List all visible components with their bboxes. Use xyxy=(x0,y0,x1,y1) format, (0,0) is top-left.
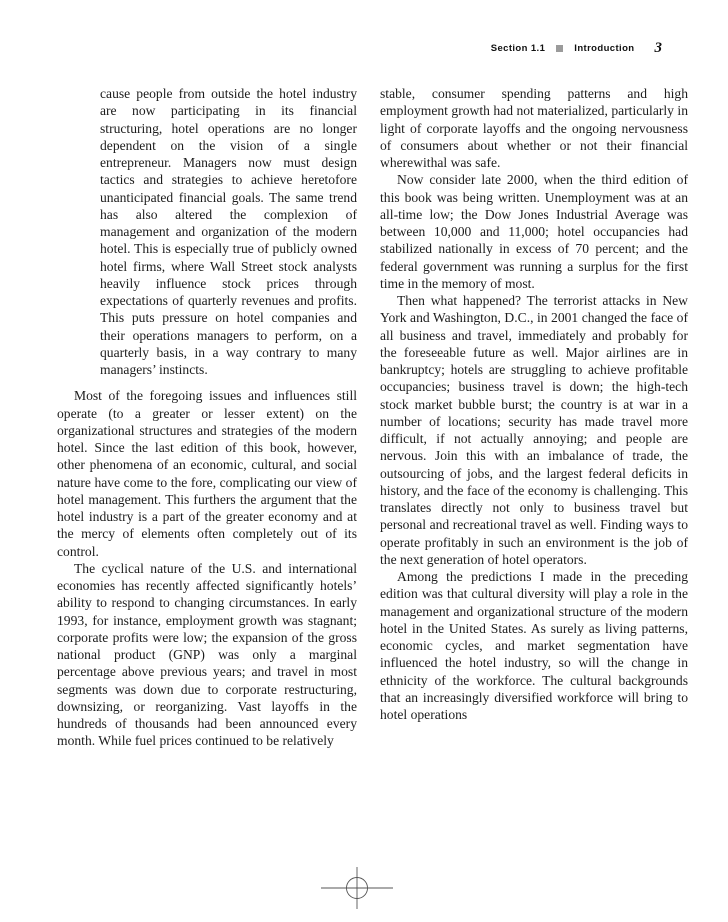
running-head: Section 1.1 Introduction 3 xyxy=(491,40,662,57)
paragraph-continuation: stable, consumer spending patterns and h… xyxy=(380,85,688,171)
paragraph: Most of the foregoing issues and influen… xyxy=(57,387,357,560)
left-column: cause people from outside the hotel indu… xyxy=(57,85,357,750)
chapter-title: Introduction xyxy=(574,43,634,54)
book-page: Section 1.1 Introduction 3 cause people … xyxy=(0,0,728,922)
page-number: 3 xyxy=(655,40,663,57)
paragraph: Among the predictions I made in the prec… xyxy=(380,568,688,723)
paragraph: Then what happened? The terrorist attack… xyxy=(380,292,688,568)
paragraph: The cyclical nature of the U.S. and inte… xyxy=(57,560,357,750)
page-body: cause people from outside the hotel indu… xyxy=(57,85,688,750)
square-bullet-icon xyxy=(556,45,563,52)
block-quote-continuation: cause people from outside the hotel indu… xyxy=(57,85,357,378)
registration-mark-icon xyxy=(321,867,393,909)
right-column: stable, consumer spending patterns and h… xyxy=(380,85,688,750)
section-label: Section 1.1 xyxy=(491,43,546,54)
paragraph: Now consider late 2000, when the third e… xyxy=(380,171,688,292)
